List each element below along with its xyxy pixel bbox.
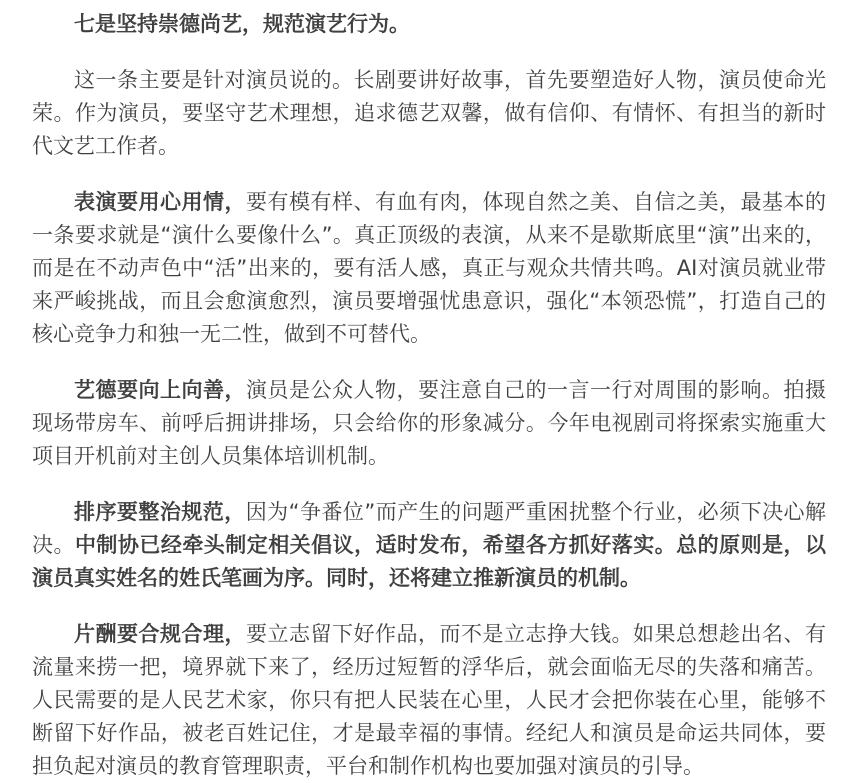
emphasis-text: 中制协已经牵头制定相关倡议，适时发布，希望各方抓好落实。总的原则是，以演员真实姓… <box>32 533 826 590</box>
paragraph: 这一条主要是针对演员说的。长剧要讲好故事，首先要塑造好人物，演员使命光荣。作为演… <box>32 64 826 163</box>
emphasis-text: 片酬要合规合理， <box>74 622 246 646</box>
emphasis-text: 艺德要向上向善， <box>74 378 246 402</box>
article-body: 这一条主要是针对演员说的。长剧要讲好故事，首先要塑造好人物，演员使命光荣。作为演… <box>32 64 826 783</box>
body-text: 这一条主要是针对演员说的。长剧要讲好故事，首先要塑造好人物，演员使命光荣。作为演… <box>32 68 826 158</box>
section-heading: 七是坚持崇德尚艺，规范演艺行为。 <box>32 8 826 41</box>
paragraph: 片酬要合规合理，要立志留下好作品，而不是立志挣大钱。如果总想趁出名、有流量来捞一… <box>32 618 826 783</box>
emphasis-text: 排序要整治规范， <box>74 500 246 524</box>
paragraph: 排序要整治规范，因为“争番位”而产生的问题严重困扰整个行业，必须下决心解决。中制… <box>32 496 826 595</box>
article: 七是坚持崇德尚艺，规范演艺行为。 这一条主要是针对演员说的。长剧要讲好故事，首先… <box>0 0 849 783</box>
paragraph: 艺德要向上向善，演员是公众人物，要注意自己的一言一行对周围的影响。拍摄现场带房车… <box>32 374 826 473</box>
paragraph: 表演要用心用情，要有模有样、有血有肉，体现自然之美、自信之美，最基本的一条要求就… <box>32 186 826 351</box>
emphasis-text: 表演要用心用情， <box>74 190 246 214</box>
